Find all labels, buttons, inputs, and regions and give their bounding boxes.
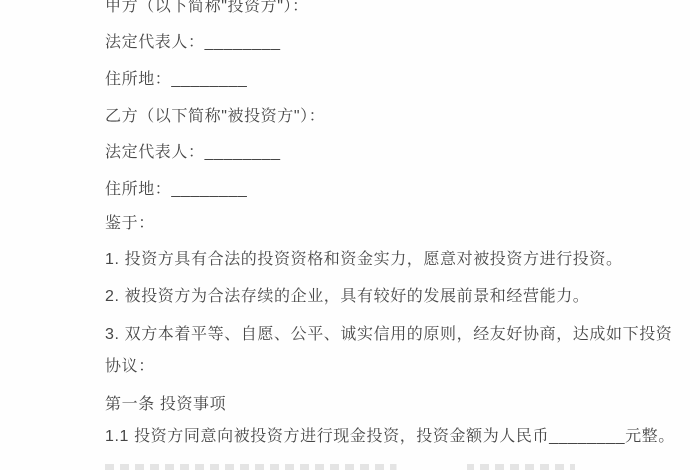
party-a-heading: 甲方（以下简称"投资方"）： [105,0,309,17]
whereas-clause-3-line-1: 3. 双方本着平等、自愿、公平、诚实信用的原则，经友好协商，达成如下投资 [105,325,672,345]
article-1-heading: 第一条 投资事项 [105,395,226,415]
whereas-clause-1: 1. 投资方具有合法的投资资格和资金实力，愿意对被投资方进行投资。 [105,250,623,270]
party-a-residence-line: 住所地：________ [105,70,247,90]
whereas-clause-2: 2. 被投资方为合法存续的企业，具有较好的发展前景和经营能力。 [105,287,589,307]
party-b-legal-representative-line: 法定代表人：________ [105,143,281,163]
party-b-heading: 乙方（以下简称"被投资方"）： [105,107,325,127]
whereas-heading: 鉴于： [105,214,155,234]
article-1-clause-1-1: 1.1 投资方同意向被投资方进行现金投资，投资金额为人民币________元整。 [105,427,675,447]
contract-document-page: 甲方（以下简称"投资方"）： 法定代表人：________ 住所地：______… [0,0,700,470]
cutoff-next-text-line [105,464,575,470]
party-a-legal-representative-line: 法定代表人：________ [105,33,281,53]
party-b-residence-line: 住所地：________ [105,180,247,200]
whereas-clause-3-line-2: 协议： [105,357,155,377]
